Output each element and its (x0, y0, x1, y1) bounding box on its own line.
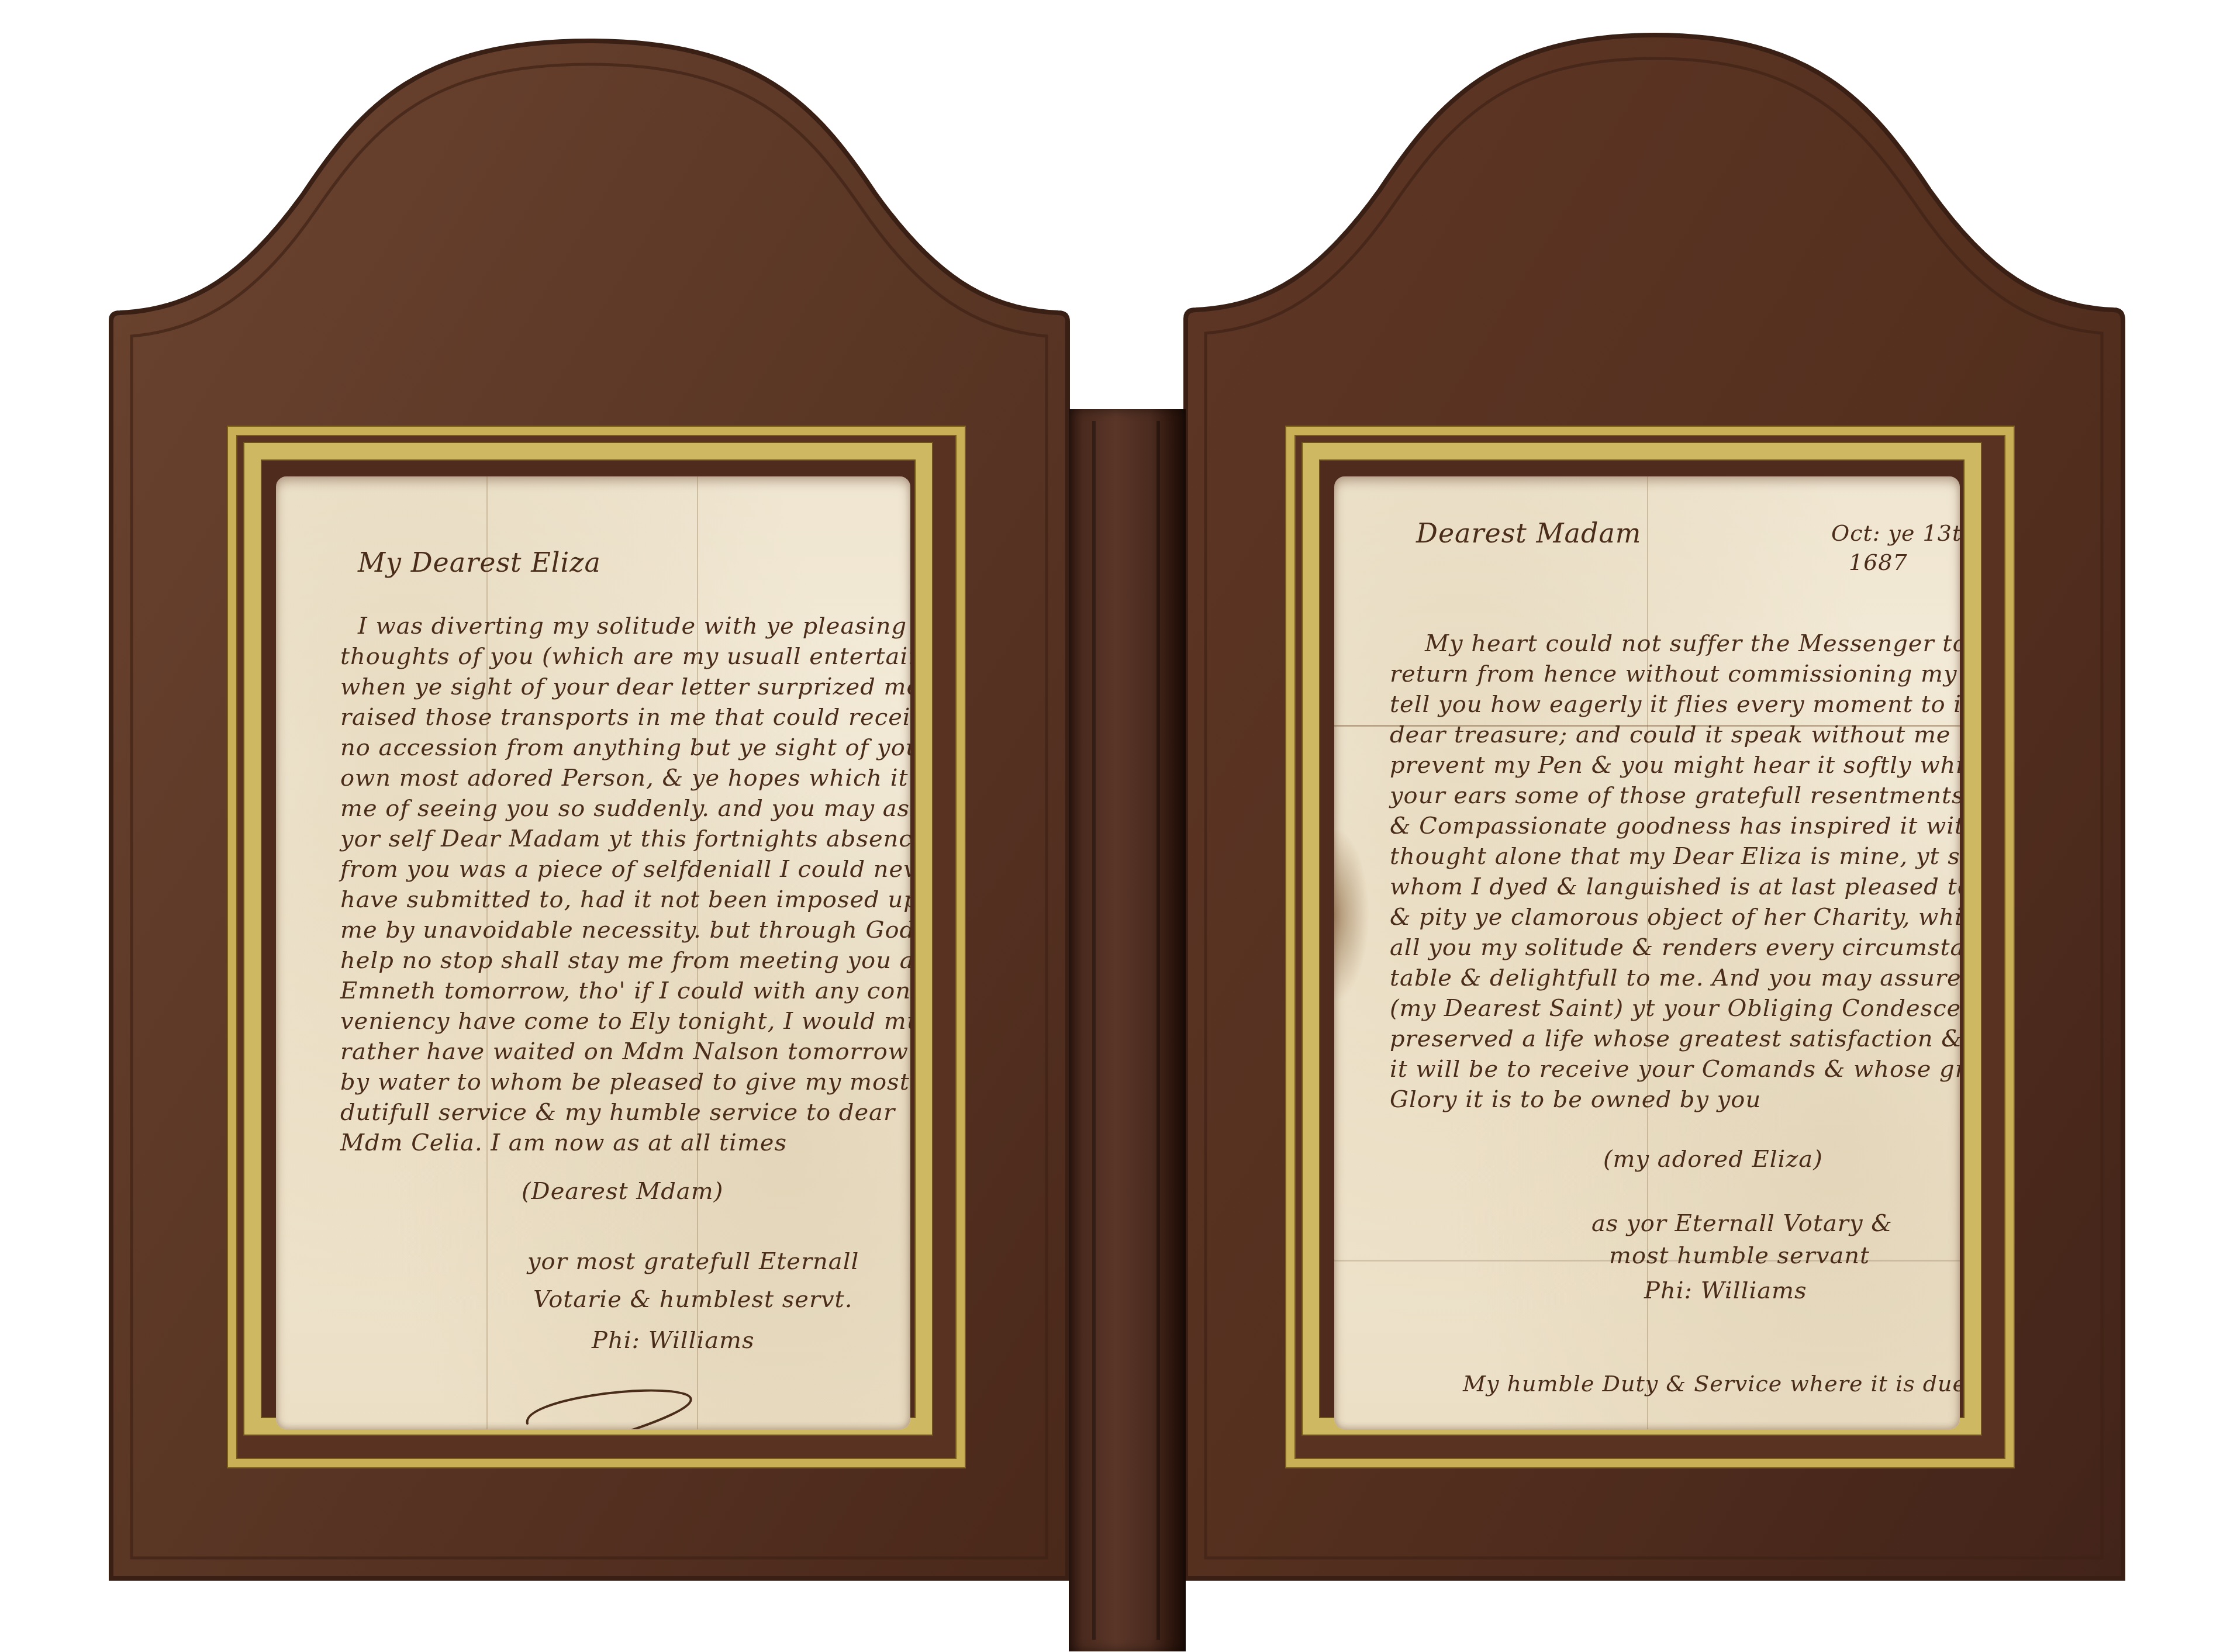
left-body-line: have submitted to, had it not been impos… (340, 884, 910, 915)
left-body-line: dutifull service & my humble service to … (340, 1097, 910, 1128)
right-body-line: thought alone that my Dear Eliza is mine… (1390, 841, 1960, 872)
right-body-line: (my Dearest Saint) yt your Obliging Cond… (1390, 993, 1960, 1024)
right-body-line: preserved a life whose greatest satisfac… (1390, 1024, 1960, 1054)
left-letter-signature: Phi: Williams (592, 1327, 755, 1354)
right-body-line: & Compassionate goodness has inspired it… (1390, 811, 1960, 841)
right-letter-date: Oct: ye 13th (1831, 520, 1960, 546)
left-body-line: thoughts of you (which are my usuall ent… (340, 641, 910, 672)
left-body-line: Mdm Celia. I am now as at all times (340, 1128, 910, 1158)
right-letter-paper: Dearest Madam Oct: ye 13th 1687 My heart… (1334, 476, 1960, 1429)
right-body-line: return from hence without commissioning … (1390, 659, 1960, 689)
right-letter-postscript: My humble Duty & Service where it is due (1463, 1371, 1960, 1397)
signature-flourish-icon (510, 1377, 744, 1429)
left-body-line: help no stop shall stay me from meeting … (340, 945, 910, 976)
hinge-spine (1069, 409, 1186, 1651)
left-letter-salutation: My Dearest Eliza (358, 547, 601, 578)
right-body-line: My heart could not suffer the Messenger … (1425, 628, 1960, 659)
left-body-line: when ye sight of your dear letter surpri… (340, 672, 910, 702)
left-body-line: me of seeing you so suddenly. and you ma… (340, 793, 910, 824)
right-body-line: prevent my Pen & you might hear it softl… (1390, 750, 1960, 780)
left-body-line: yor self Dear Madam yt this fortnights a… (340, 824, 910, 854)
right-body-line: all you my solitude & renders every circ… (1390, 932, 1960, 963)
left-body-line: own most adored Person, & ye hopes which… (340, 763, 910, 793)
right-letter-year: 1687 (1849, 549, 1908, 575)
right-body-line: your ears some of those gratefull resent… (1390, 780, 1960, 811)
left-body-line: from you was a piece of selfdeniall I co… (340, 854, 910, 884)
paper-tear-stain (1334, 827, 1369, 1003)
left-letter-closing-1: yor most gratefull Eternall (527, 1248, 859, 1275)
left-body-line: Emneth tomorrow, tho' if I could with an… (340, 976, 910, 1006)
right-body-line: dear treasure; and could it speak withou… (1390, 720, 1960, 750)
right-letter-closing-2: most humble servant (1609, 1242, 1870, 1269)
right-letter-closing-1: as yor Eternall Votary & (1591, 1210, 1893, 1237)
right-body-line: whom I dyed & languished is at last plea… (1390, 872, 1960, 902)
left-body-line: raised those transports in me that could… (340, 702, 910, 732)
left-body-line: rather have waited on Mdm Nalson tomorro… (340, 1036, 910, 1067)
left-letter-body: I was diverting my solitude with ye plea… (340, 611, 910, 1158)
left-body-line: I was diverting my solitude with ye plea… (358, 611, 910, 641)
right-body-line: Glory it is to be owned by you (1390, 1084, 1960, 1115)
left-body-line: by water to whom be pleased to give my m… (340, 1067, 910, 1097)
left-letter-closing-2: Votarie & humblest servt. (533, 1286, 852, 1313)
right-body-line: & pity ye clamorous object of her Charit… (1390, 902, 1960, 932)
left-letter-paper: My Dearest Eliza I was diverting my soli… (276, 476, 910, 1429)
left-body-line: no accession from anything but ye sight … (340, 732, 910, 763)
right-letter-aside: (my adored Eliza) (1603, 1146, 1823, 1173)
left-body-line: me by unavoidable necessity. but through… (340, 915, 910, 945)
right-letter-signature: Phi: Williams (1644, 1277, 1807, 1304)
right-letter-salutation: Dearest Madam (1416, 517, 1641, 549)
right-letter-body: My heart could not suffer the Messenger … (1390, 628, 1960, 1115)
right-body-line: table & delightfull to me. And you may a… (1390, 963, 1960, 993)
right-body-line: it will be to receive your Comands & who… (1390, 1054, 1960, 1084)
left-letter-aside: (Dearest Mdam) (522, 1178, 723, 1205)
right-body-line: tell you how eagerly it flies every mome… (1390, 689, 1960, 720)
left-body-line: veniency have come to Ely tonight, I wou… (340, 1006, 910, 1036)
